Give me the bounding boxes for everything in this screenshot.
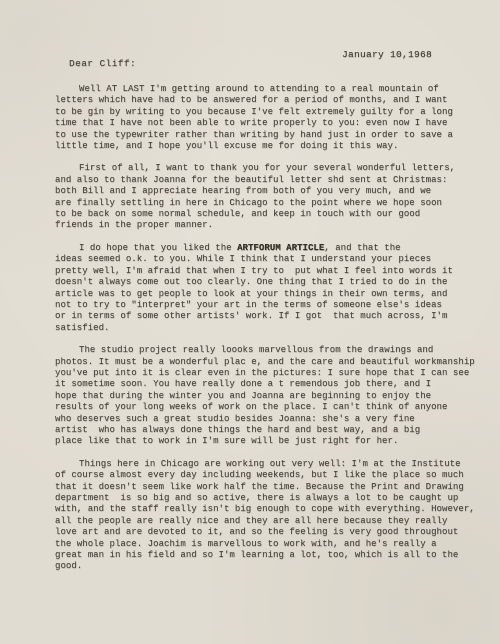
- letter-paragraph: The studio project really loooks marvell…: [55, 345, 490, 448]
- letter-date: January 10,1968: [0, 49, 432, 60]
- letter-page: January 10,1968 Dear Cliff: Well AT LAST…: [0, 0, 500, 644]
- letter-salutation: Dear Cliff:: [69, 58, 136, 69]
- emphasized-text: ARTFORUM ARTICLE: [237, 243, 324, 253]
- letter-paragraph: Well AT LAST I'm getting around to atten…: [55, 84, 490, 152]
- letter-body: Well AT LAST I'm getting around to atten…: [55, 84, 490, 584]
- letter-paragraph: Things here in Chicago are working out v…: [55, 459, 490, 573]
- letter-paragraph: I do hope that you liked the ARTFORUM AR…: [55, 243, 490, 334]
- letter-paragraph: First of all, I want to thank you for yo…: [55, 163, 490, 231]
